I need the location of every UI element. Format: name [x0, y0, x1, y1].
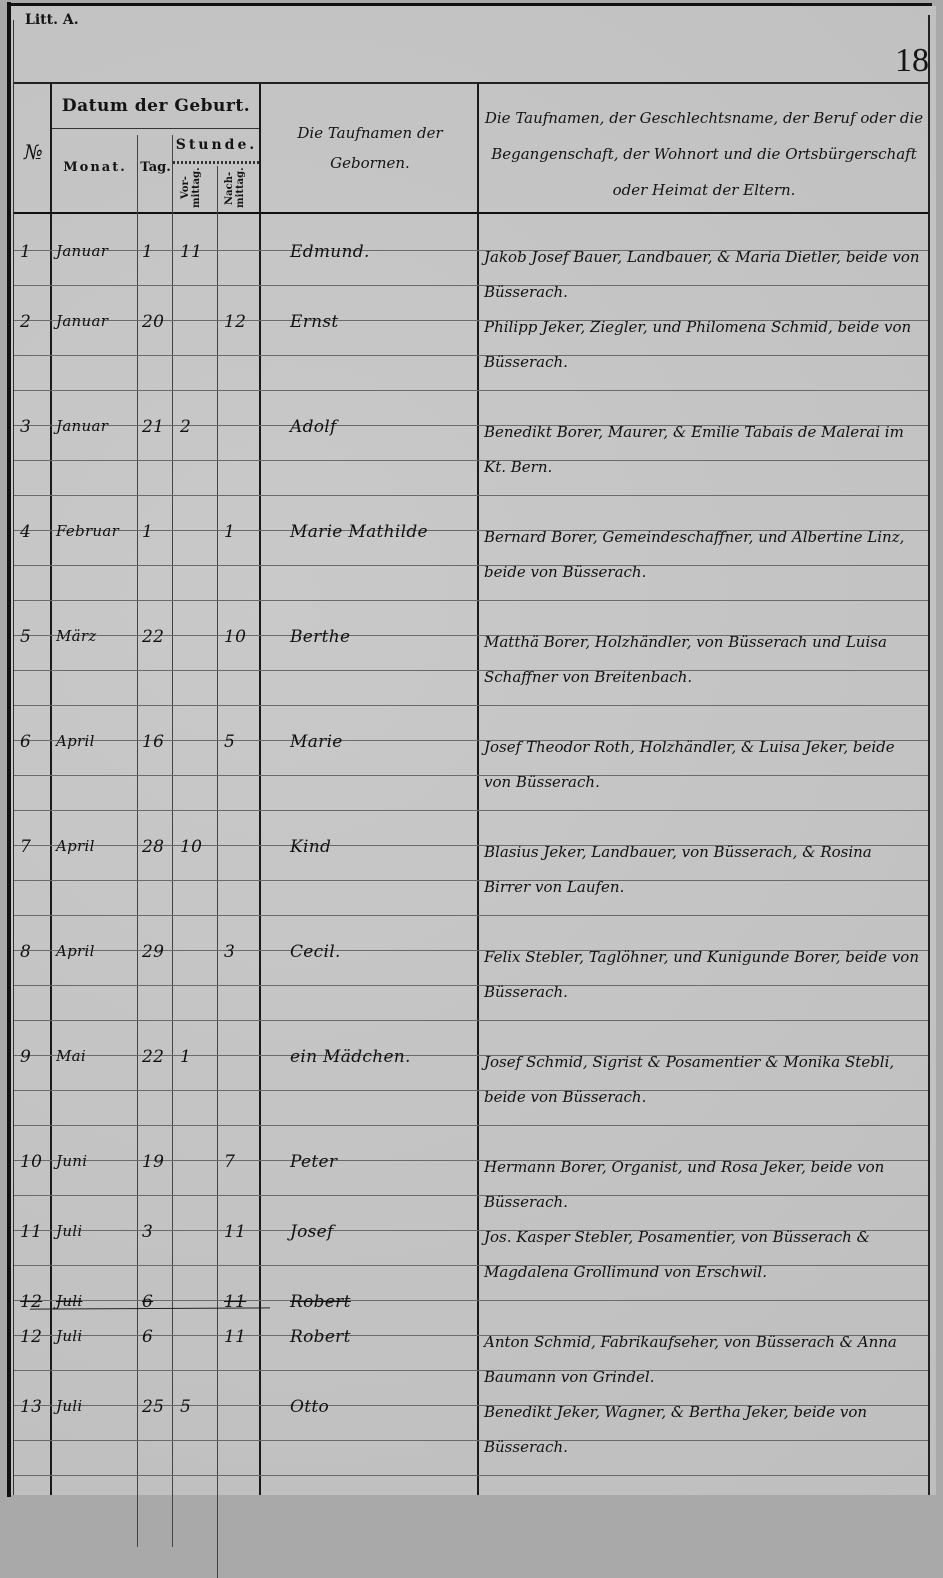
ruled-line [14, 495, 928, 496]
entry-hour-pm: 12 [224, 312, 246, 332]
entry-day: 6 [142, 1327, 153, 1347]
header-no: № [15, 140, 52, 164]
entry-day: 25 [142, 1397, 164, 1417]
entry-month: Juli [56, 1292, 82, 1310]
entry-parents: Bernard Borer, Gemeindeschaffner, und Al… [484, 520, 922, 590]
col-divider-no [50, 83, 52, 1495]
page-number: 18 [895, 42, 929, 80]
header-nachmittag: Nach-mittag. [224, 166, 246, 210]
col-divider-monat [137, 135, 138, 1495]
entry-baptismal-name: Berthe [290, 627, 350, 647]
entry-baptismal-name: Robert [290, 1327, 351, 1347]
entry-day: 19 [142, 1152, 164, 1172]
entry-day: 29 [142, 942, 164, 962]
entry-parents: Josef Schmid, Sigrist & Posamentier & Mo… [484, 1045, 922, 1115]
entry-day: 22 [142, 627, 164, 647]
entry-parents: Philipp Jeker, Ziegler, und Philomena Sc… [484, 310, 922, 380]
frame-top-border [7, 3, 932, 6]
entry-month: April [56, 732, 95, 750]
ruled-line [14, 705, 928, 706]
entry-month: April [56, 942, 95, 960]
entry-hour-pm: 1 [224, 522, 235, 542]
ruled-line [14, 1125, 928, 1126]
entry-number: 4 [20, 522, 31, 542]
header-stunde: Stunde. [173, 137, 260, 153]
entry-hour-pm: 10 [224, 627, 246, 647]
header-bottom-rule [14, 212, 928, 214]
header-top-rule [14, 82, 928, 84]
entry-month: Juni [56, 1152, 87, 1170]
entry-number: 12 [20, 1327, 42, 1347]
stunde-wavy-rule [173, 161, 260, 164]
entry-parents: Hermann Borer, Organist, und Rosa Jeker,… [484, 1150, 922, 1220]
entry-parents: Benedikt Borer, Maurer, & Emilie Tabais … [484, 415, 922, 485]
col-divider-taufnamen [477, 83, 479, 1495]
entry-parents: Jos. Kasper Stebler, Posamentier, von Bü… [484, 1220, 922, 1290]
entry-parents: Anton Schmid, Fabrikaufseher, von Büsser… [484, 1325, 922, 1395]
entry-hour-am: 11 [180, 242, 202, 262]
header-eltern: Die Taufnamen, der Geschlechtsname, der … [480, 100, 928, 208]
entry-hour-pm: 5 [224, 732, 235, 752]
entry-parents: Benedikt Jeker, Wagner, & Bertha Jeker, … [484, 1395, 922, 1465]
entry-month: Januar [56, 312, 108, 330]
entry-day: 20 [142, 312, 164, 332]
ruled-line [14, 1475, 928, 1476]
entry-baptismal-name: Ernst [290, 312, 339, 332]
entry-day: 21 [142, 417, 164, 437]
entry-baptismal-name: Cecil. [290, 942, 341, 962]
entry-number: 8 [20, 942, 31, 962]
entry-parents: Jakob Josef Bauer, Landbauer, & Maria Di… [484, 240, 922, 310]
ruled-line [14, 390, 928, 391]
entry-hour-am: 10 [180, 837, 202, 857]
entry-month: Mai [56, 1047, 86, 1065]
entry-number: 9 [20, 1047, 31, 1067]
entry-hour-am: 2 [180, 417, 191, 437]
col-divider-vormittag [217, 166, 218, 1495]
entry-day: 1 [142, 522, 153, 542]
header-monat: Monat. [52, 160, 138, 175]
datum-subheader-rule [52, 128, 260, 129]
entry-month: Juli [56, 1222, 82, 1240]
entry-hour-pm: 11 [224, 1327, 246, 1347]
entry-number: 2 [20, 312, 31, 332]
col-divider-stunde [259, 83, 261, 1495]
entry-hour-pm: 3 [224, 942, 235, 962]
entry-month: Juli [56, 1397, 82, 1415]
frame-left-border [7, 2, 11, 1495]
entry-number: 5 [20, 627, 31, 647]
entry-number: 6 [20, 732, 31, 752]
entry-month: März [56, 627, 97, 645]
header-vormittag: Vor-mittag. [180, 166, 202, 210]
entry-hour-pm: 11 [224, 1292, 246, 1312]
entry-hour-pm: 7 [224, 1152, 235, 1172]
entry-baptismal-name: ein Mädchen. [290, 1047, 411, 1067]
ruled-line [14, 600, 928, 601]
entry-day: 3 [142, 1222, 153, 1242]
entry-hour-am: 5 [180, 1397, 191, 1417]
entry-baptismal-name: Peter [290, 1152, 337, 1172]
entry-baptismal-name: Marie Mathilde [290, 522, 428, 542]
entry-baptismal-name: Robert [290, 1292, 351, 1312]
entry-hour-pm: 11 [224, 1222, 246, 1242]
entry-hour-am: 1 [180, 1047, 191, 1067]
entry-number: 1 [20, 242, 31, 262]
entry-month: Januar [56, 417, 108, 435]
entry-baptismal-name: Josef [290, 1222, 334, 1242]
header-tag: Tag. [138, 160, 173, 175]
entry-number: 7 [20, 837, 31, 857]
entry-parents: Matthä Borer, Holzhändler, von Büsserach… [484, 625, 922, 695]
entry-day: 1 [142, 242, 153, 262]
ruled-line [14, 1020, 928, 1021]
entry-number: 3 [20, 417, 31, 437]
entry-day: 16 [142, 732, 164, 752]
entry-month: Juli [56, 1327, 82, 1345]
frame-left-inner-border [13, 20, 14, 1495]
entry-baptismal-name: Edmund. [290, 242, 370, 262]
entry-parents: Blasius Jeker, Landbauer, von Büsserach,… [484, 835, 922, 905]
entry-number: 10 [20, 1152, 42, 1172]
entry-baptismal-name: Otto [290, 1397, 329, 1417]
entry-day: 28 [142, 837, 164, 857]
header-taufnamen: Die Taufnamen der Gebornen. [262, 118, 478, 178]
entry-parents: Josef Theodor Roth, Holzhändler, & Luisa… [484, 730, 922, 800]
ruled-line [14, 810, 928, 811]
entry-month: Januar [56, 242, 108, 260]
col-divider-tag [172, 135, 173, 1495]
header-datum: Datum der Geburt. [52, 96, 260, 116]
ruled-line [14, 915, 928, 916]
register-label: Litt. A. [25, 12, 79, 28]
entry-parents: Felix Stebler, Taglöhner, und Kunigunde … [484, 940, 922, 1010]
entry-day: 22 [142, 1047, 164, 1067]
entry-number: 13 [20, 1397, 42, 1417]
entry-baptismal-name: Marie [290, 732, 343, 752]
entry-month: April [56, 837, 95, 855]
entry-month: Februar [56, 522, 119, 540]
frame-right-border [928, 15, 930, 1495]
entry-baptismal-name: Adolf [290, 417, 337, 437]
entry-number: 11 [20, 1222, 42, 1242]
entry-baptismal-name: Kind [290, 837, 331, 857]
